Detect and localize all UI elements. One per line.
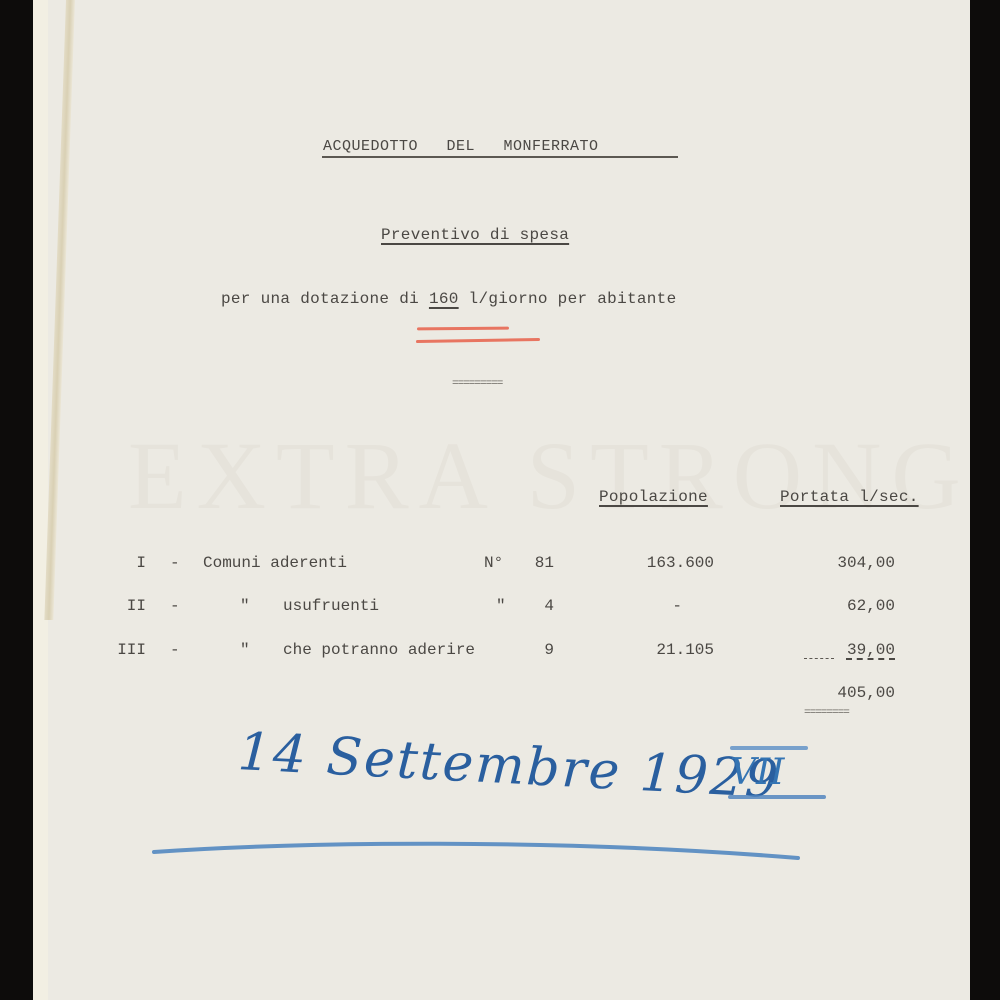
era-year-underline	[728, 795, 826, 799]
row-population: 163.600	[600, 554, 714, 572]
document-subheading: Preventivo di spesa	[381, 226, 569, 244]
row-ditto: "	[240, 641, 250, 659]
section-separator: =========	[452, 378, 502, 390]
row-label: Comuni aderenti	[203, 554, 347, 572]
total-double-rule: ========	[804, 707, 849, 719]
row-label: usufruenti	[283, 597, 379, 615]
row-roman: III	[110, 641, 146, 659]
dotazione-line: per una dotazione di 160 l/giorno per ab…	[221, 290, 677, 308]
row-dash: -	[170, 597, 180, 615]
row-flow: 304,00	[780, 554, 895, 572]
row-flow: 62,00	[780, 597, 895, 615]
total-flow: 405,00	[780, 684, 895, 702]
row-population: -	[600, 597, 682, 615]
document-heading: ACQUEDOTTO DEL MONFERRATO	[323, 138, 599, 155]
row-count-prefix: N°	[484, 554, 503, 572]
row-dash: -	[170, 554, 180, 572]
row-population: 21.105	[600, 641, 714, 659]
paper-watermark: EXTRA STRONG	[128, 420, 971, 531]
heading-underline	[322, 156, 678, 158]
dotazione-amount: 160	[429, 290, 459, 308]
dotazione-suffix: l/giorno per abitante	[459, 290, 677, 308]
table-row: III - " che potranno aderire 9 21.105 39…	[0, 641, 1000, 665]
era-year-overline	[730, 746, 808, 750]
row-roman: II	[110, 597, 146, 615]
row-count: 9	[520, 641, 554, 659]
row-roman: I	[110, 554, 146, 572]
row-count: 4	[520, 597, 554, 615]
blue-pencil-underline	[152, 838, 800, 862]
row-label: che potranno aderire	[283, 641, 475, 659]
row-count: 81	[520, 554, 554, 572]
table-row: II - " usufruenti " 4 - 62,00	[0, 597, 1000, 621]
row-count-prefix: "	[496, 597, 506, 615]
subtotal-rule	[804, 658, 834, 659]
column-header-flow: Portata l/sec.	[780, 488, 919, 506]
row-ditto: "	[240, 597, 250, 615]
column-header-population: Popolazione	[599, 488, 708, 506]
row-flow: 39,00	[780, 641, 895, 659]
dotazione-prefix: per una dotazione di	[221, 290, 429, 308]
table-row: I - Comuni aderenti N° 81 163.600 304,00	[0, 554, 1000, 578]
total-row: 405,00	[0, 684, 1000, 708]
handwritten-era-year: VII	[730, 752, 784, 793]
row-dash: -	[170, 641, 180, 659]
